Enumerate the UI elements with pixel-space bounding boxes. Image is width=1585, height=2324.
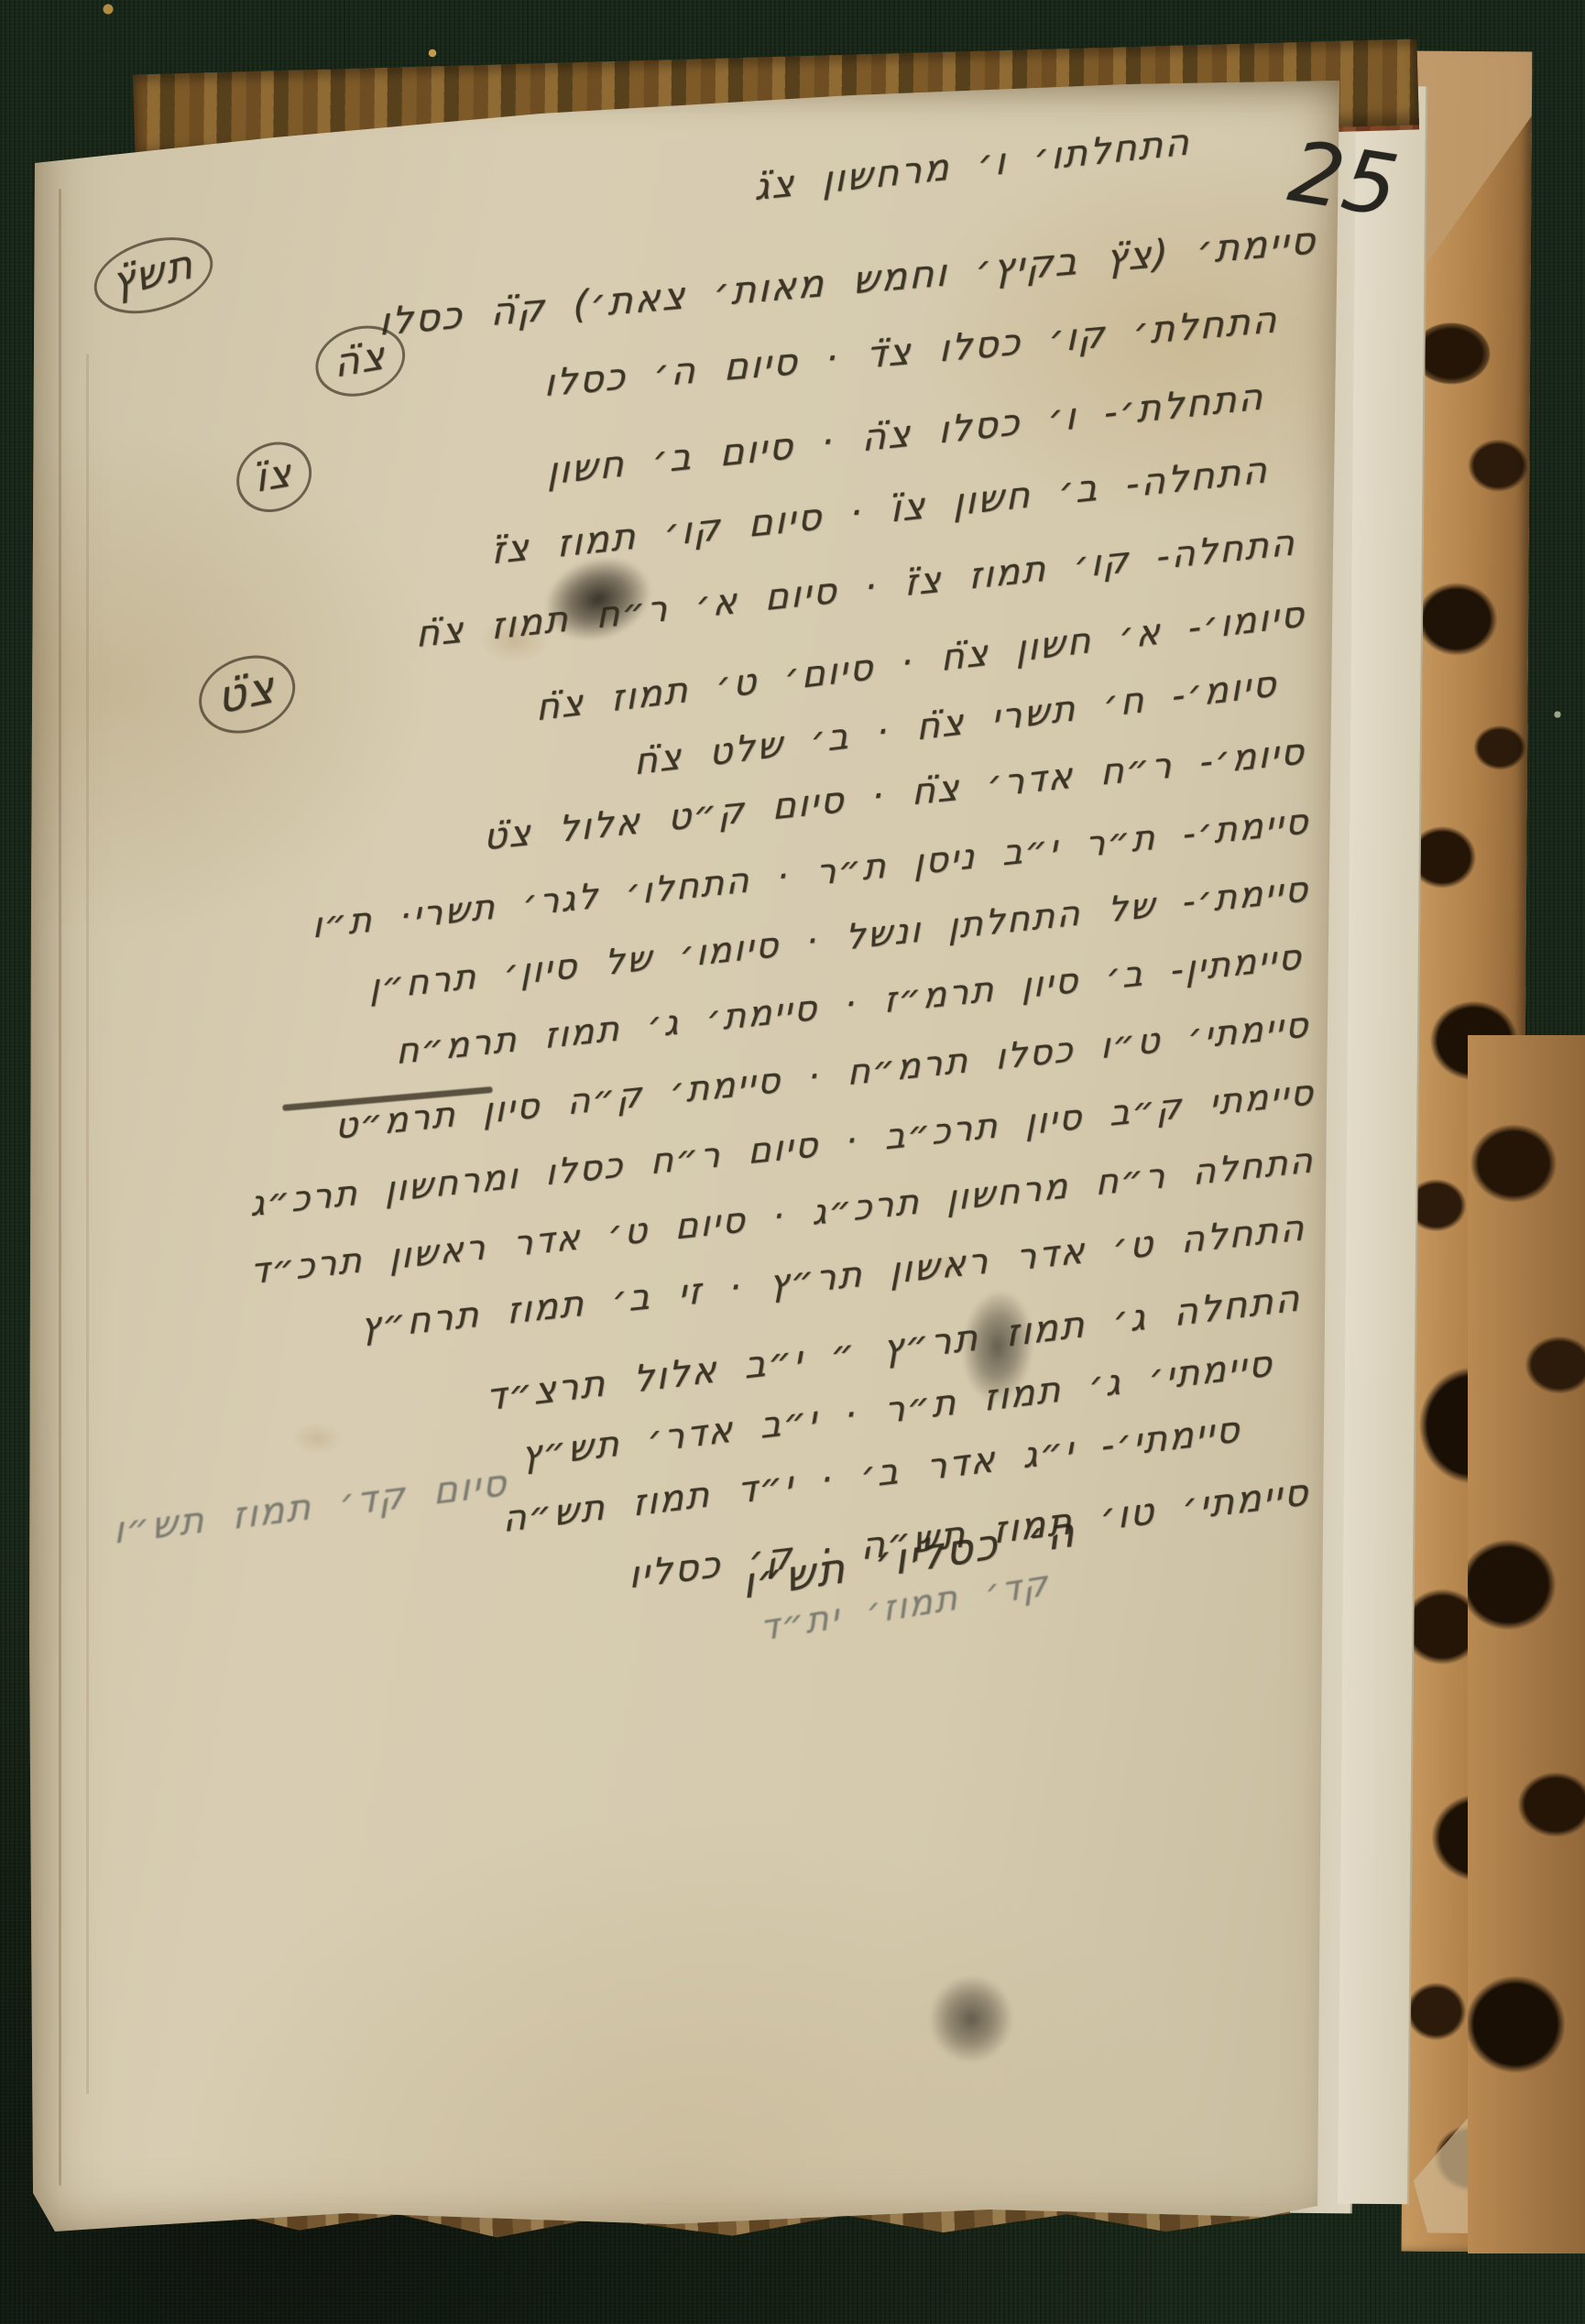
ink-blot <box>924 1969 1019 2068</box>
page-number: 25 <box>1283 123 1404 236</box>
handwritten-line: צ̈ט <box>195 647 299 742</box>
handwritten-line: תש̈ץ <box>89 225 217 325</box>
handwritten-line: צ̈ו <box>234 436 313 518</box>
pencil-note: סיום קד׳ תמוז תש״ו <box>114 1462 508 1553</box>
handwriting-layer: התחלתו׳ ו׳ מרחשון צ̈גסיימת׳ (צ̈ץ בקיץ׳ ו… <box>0 0 1585 2324</box>
handwritten-line: התחלתו׳ ו׳ מרחשון צ̈ג <box>755 121 1191 209</box>
